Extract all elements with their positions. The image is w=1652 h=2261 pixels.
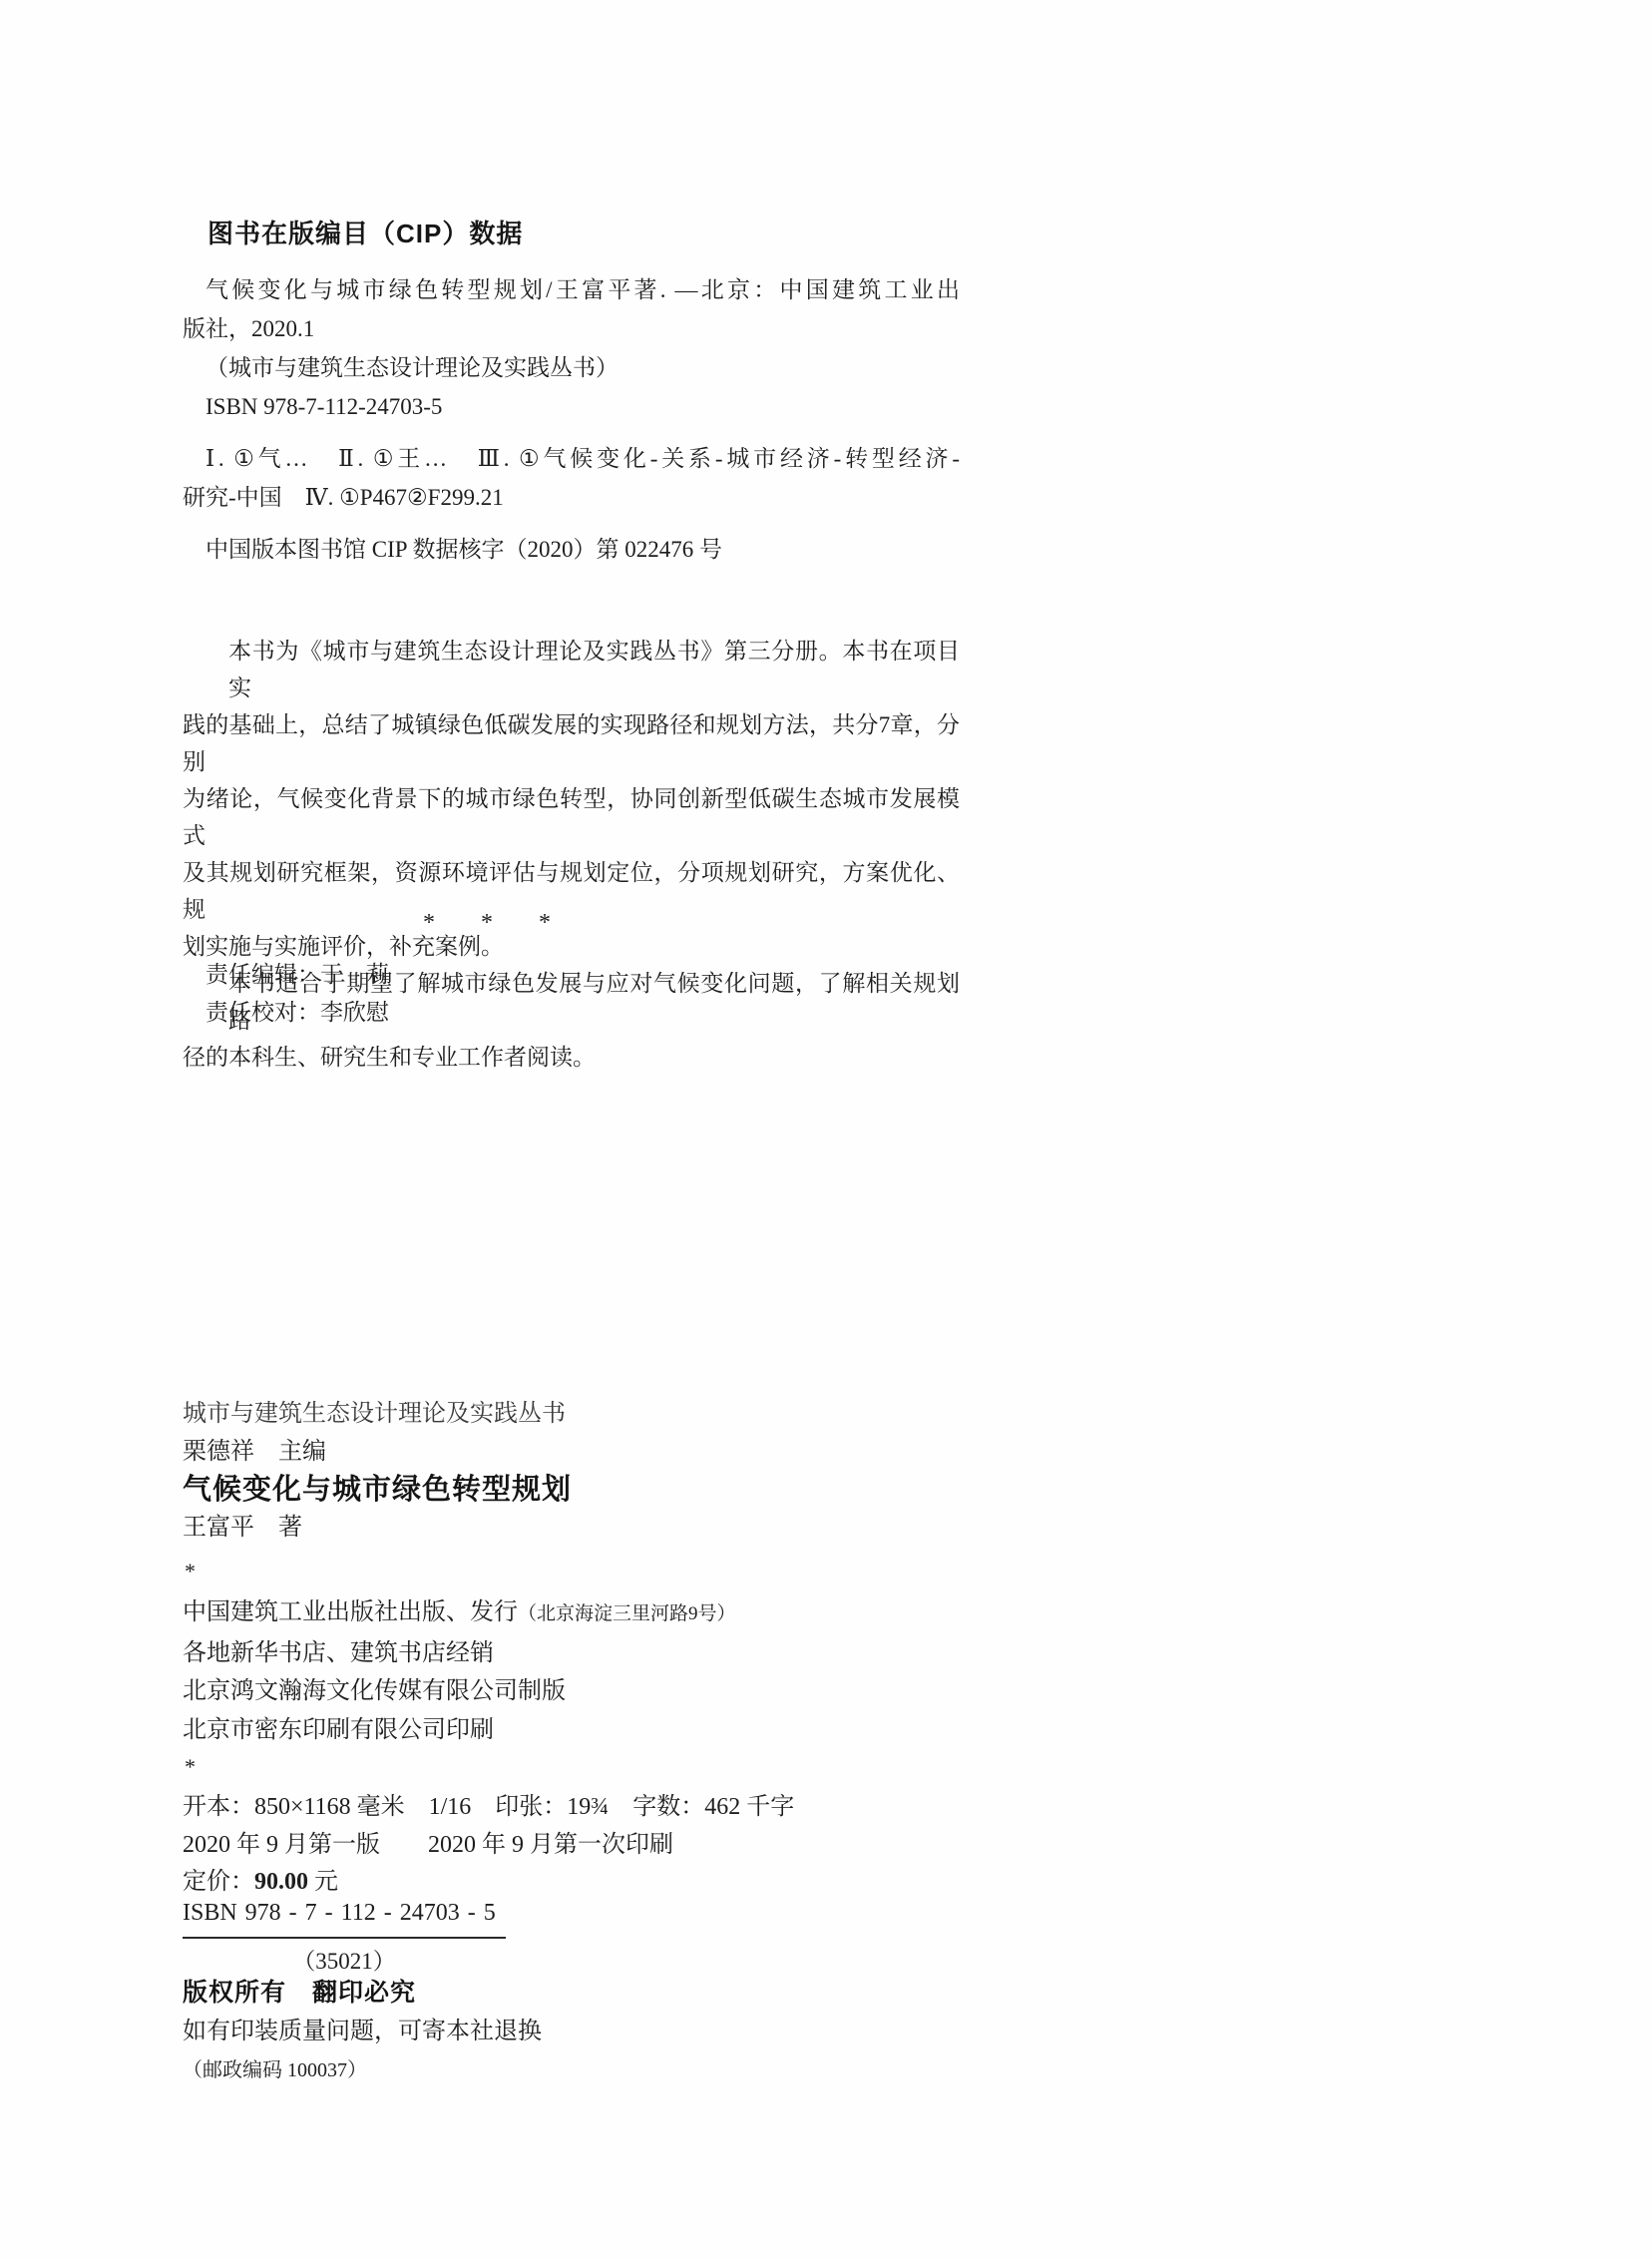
colophon-title-block: 城市与建筑生态设计理论及实践丛书 栗德祥 主编 气候变化与城市绿色转型规划 王富… bbox=[183, 1395, 572, 1547]
intro-para1-line: 为绪论，气候变化背景下的城市绿色转型，协同创新型低碳生态城市发展模式 bbox=[183, 780, 960, 854]
chief-editor: 栗德祥 主编 bbox=[183, 1433, 572, 1471]
cip-series-note: （城市与建筑生态设计理论及实践丛书） bbox=[183, 348, 960, 387]
publisher-address: （北京海淀三里河路9号） bbox=[518, 1603, 736, 1624]
divider-asterisk-1: * bbox=[185, 1559, 196, 1584]
publisher-name: 中国建筑工业出版社出版、发行 bbox=[183, 1599, 518, 1625]
spacer bbox=[183, 426, 960, 439]
platemaking-line: 北京鸿文瀚海文化传媒有限公司制版 bbox=[183, 1672, 736, 1711]
copyright-notice: 版权所有 翻印必究 bbox=[183, 1974, 542, 2013]
price-value: 90.00 bbox=[254, 1869, 308, 1895]
postcode-note: （邮政编码 100037） bbox=[183, 2051, 542, 2090]
intro-para2-line: 径的本科生、研究生和专业工作者阅读。 bbox=[183, 1039, 960, 1076]
series-title: 城市与建筑生态设计理论及实践丛书 bbox=[183, 1395, 572, 1433]
edition-line: 2020 年 9 月第一版 2020 年 9 月第一次印刷 bbox=[183, 1827, 794, 1865]
publisher-line: 中国建筑工业出版社出版、发行（北京海淀三里河路9号） bbox=[183, 1593, 736, 1634]
cip-classification-line-1: Ⅰ. ①气… Ⅱ. ①王… Ⅲ. ①气候变化-关系-城市经济-转型经济- bbox=[183, 439, 960, 478]
quality-note: 如有印装质量问题，可寄本社退换 bbox=[183, 2013, 542, 2051]
printing-line: 北京市密东印刷有限公司印刷 bbox=[183, 1711, 736, 1750]
copyright-page: 图书在版编目（CIP）数据 气候变化与城市绿色转型规划/王富平著. —北京：中国… bbox=[0, 0, 1652, 2261]
credits-block: 责任编辑：于 莉 责任校对：李欣慰 bbox=[183, 956, 389, 1032]
cip-entry-line-2: 版社，2020.1 bbox=[183, 309, 960, 348]
separator-asterisks: * * * bbox=[423, 910, 571, 937]
cip-block: 气候变化与城市绿色转型规划/王富平著. —北京：中国建筑工业出 版社，2020.… bbox=[183, 270, 960, 569]
book-code: （35021） bbox=[183, 1943, 506, 1976]
cip-heading: 图书在版编目（CIP）数据 bbox=[207, 214, 523, 250]
price-label: 定价： bbox=[183, 1869, 254, 1895]
distribution-line: 各地新华书店、建筑书店经销 bbox=[183, 1634, 736, 1673]
cip-isbn: ISBN 978-7-112-24703-5 bbox=[183, 387, 960, 426]
cip-record-number: 中国版本图书馆 CIP 数据核字（2020）第 022476 号 bbox=[183, 530, 960, 569]
colophon-publisher-block: 中国建筑工业出版社出版、发行（北京海淀三里河路9号） 各地新华书店、建筑书店经销… bbox=[183, 1593, 736, 1749]
colophon-spec-block: 开本：850×1168 毫米 1/16 印张：19¾ 字数：462 千字 202… bbox=[183, 1789, 794, 1902]
book-title: 气候变化与城市绿色转型规划 bbox=[183, 1471, 572, 1509]
spacer bbox=[183, 517, 960, 530]
proofreader-credit: 责任校对：李欣慰 bbox=[183, 994, 389, 1032]
intro-para1-line: 本书为《城市与建筑生态设计理论及实践丛书》第三分册。本书在项目实 bbox=[183, 633, 960, 706]
intro-para1-line: 践的基础上，总结了城镇绿色低碳发展的实现路径和规划方法，共分7章，分别 bbox=[183, 706, 960, 780]
isbn-line: ISBN 978 - 7 - 112 - 24703 - 5 bbox=[183, 1900, 506, 1939]
format-spec-line: 开本：850×1168 毫米 1/16 印张：19¾ 字数：462 千字 bbox=[183, 1789, 794, 1827]
book-author: 王富平 著 bbox=[183, 1509, 572, 1547]
colophon-legal-block: 版权所有 翻印必究 如有印装质量问题，可寄本社退换 （邮政编码 100037） bbox=[183, 1974, 542, 2090]
isbn-block: ISBN 978 - 7 - 112 - 24703 - 5 （35021） bbox=[183, 1900, 506, 1976]
price-unit: 元 bbox=[308, 1869, 338, 1895]
price-line: 定价：90.00 元 bbox=[183, 1864, 794, 1902]
cip-classification-line-2: 研究-中国 Ⅳ. ①P467②F299.21 bbox=[183, 478, 960, 517]
intro-para1-line: 及其规划研究框架，资源环境评估与规划定位，分项规划研究，方案优化、规 bbox=[183, 854, 960, 928]
divider-asterisk-2: * bbox=[185, 1754, 196, 1780]
editor-credit: 责任编辑：于 莉 bbox=[183, 956, 389, 994]
cip-entry-line-1: 气候变化与城市绿色转型规划/王富平著. —北京：中国建筑工业出 bbox=[183, 270, 960, 309]
